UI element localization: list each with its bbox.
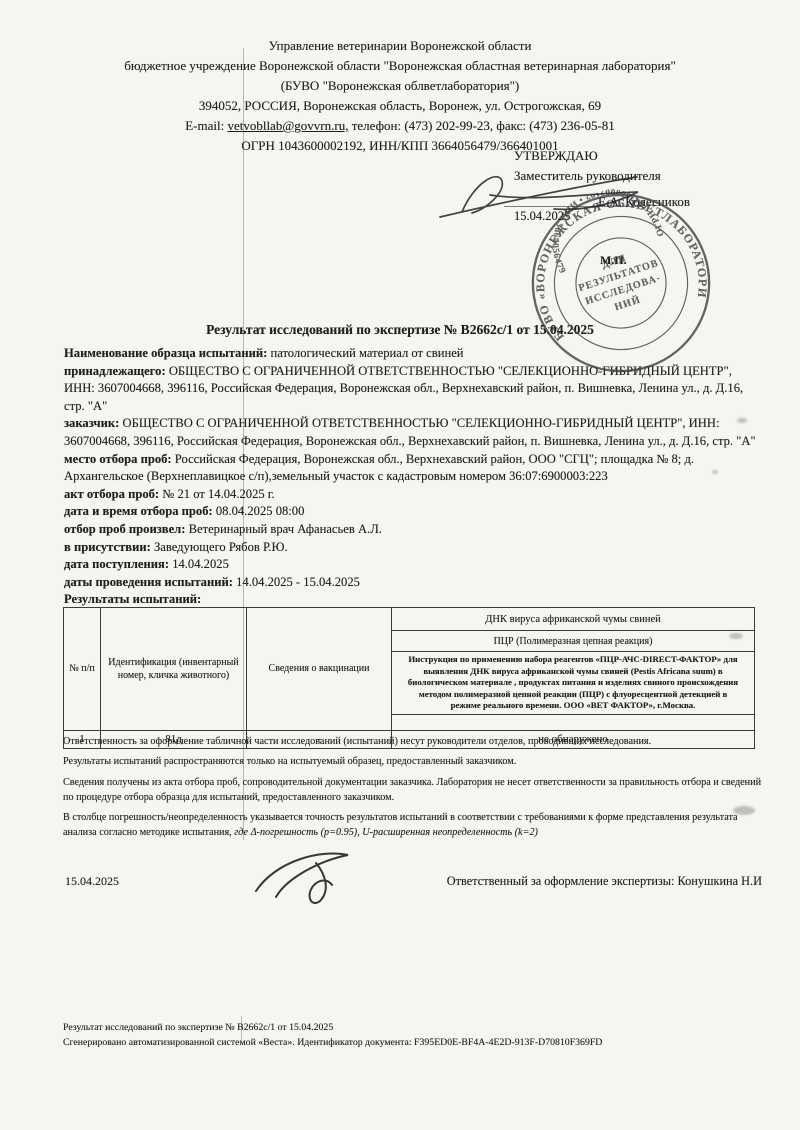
org-name: бюджетное учреждение Воронежской области… [0,56,800,76]
field-customer: заказчик: ОБЩЕСТВО С ОГРАНИЧЕННОЙ ОТВЕТС… [64,415,764,450]
signature-top-icon [432,165,647,223]
document-page: Управление ветеринарии Воронежской облас… [0,0,800,1130]
footnote-4: В столбце погрешность/неопределенность у… [63,810,763,841]
footer-expertise-ref: Результат исследований по экспертизе № В… [63,1020,763,1035]
field-owner: принадлежащего: ОБЩЕСТВО С ОГРАНИЧЕННОЙ … [64,363,764,416]
org-address: 394052, РОССИЯ, Воронежская область, Вор… [0,96,800,116]
field-in-presence: в присутствии: Заведующего Рябов Р.Ю. [64,539,764,557]
document-footer: Результат исследований по экспертизе № В… [63,1020,763,1050]
email-label: E-mail: [185,118,224,133]
org-ogrn-inn: ОГРН 1043600002192, ИНН/КПП 3664056479/3… [0,136,800,156]
method-header: ПЦР (Полимеразная цепная реакция) [392,631,755,652]
footnote-2: Результаты испытаний распространяются то… [63,754,763,769]
phone-fax: телефон: (473) 202-99-23, факс: (473) 23… [352,118,615,133]
approve-word: УТВЕРЖДАЮ [514,146,661,166]
document-fields: Наименование образца испытаний: патологи… [64,345,764,609]
letterhead: Управление ветеринарии Воронежской облас… [0,36,800,156]
email-link[interactable]: vetvobllab@govvrn.ru, [227,118,348,133]
field-sampling-place: место отбора проб: Российская Федерация,… [64,451,764,486]
org-short-name: (БУВО "Воронежская облветлаборатория") [0,76,800,96]
field-receipt-date: дата поступления: 14.04.2025 [64,556,764,574]
col-header-vaccination: Сведения о вакцинации [247,608,392,731]
analyte-header: ДНК вируса африканской чумы свиней [392,608,755,631]
org-department: Управление ветеринарии Воронежской облас… [0,36,800,56]
footnotes: Ответственность за оформление табличной … [63,734,763,846]
field-sampling-datetime: дата и время отбора проб: 08.04.2025 08:… [64,503,764,521]
footnote-1: Ответственность за оформление табличной … [63,734,763,749]
responsible-name: Конушкина Н.И [678,874,762,888]
org-contacts: E-mail: vetvobllab@govvrn.ru, телефон: (… [0,116,800,136]
col-header-num: № п/п [64,608,101,731]
footnote-3: Сведения получены из акта отбора проб, с… [63,775,763,806]
col-header-identification: Идентификация (инвентарный номер, кличка… [101,608,247,731]
field-sampled-by: отбор проб произвел: Ветеринарный врач А… [64,521,764,539]
results-table: № п/п Идентификация (инвентарный номер, … [63,607,755,749]
footer-generated-by: Сгенерировано автоматизированной системо… [63,1035,763,1050]
responsible-label: Ответственный за оформление экспертизы: [447,874,675,888]
field-sampling-act: акт отбора проб: № 21 от 14.04.2025 г. [64,486,764,504]
responsible-line: Ответственный за оформление экспертизы: … [0,874,762,889]
field-test-dates: даты проведения испытаний: 14.04.2025 - … [64,574,764,592]
empty-header-cell [392,714,755,730]
method-instruction: Инструкция по применению набора реагенто… [392,652,755,715]
